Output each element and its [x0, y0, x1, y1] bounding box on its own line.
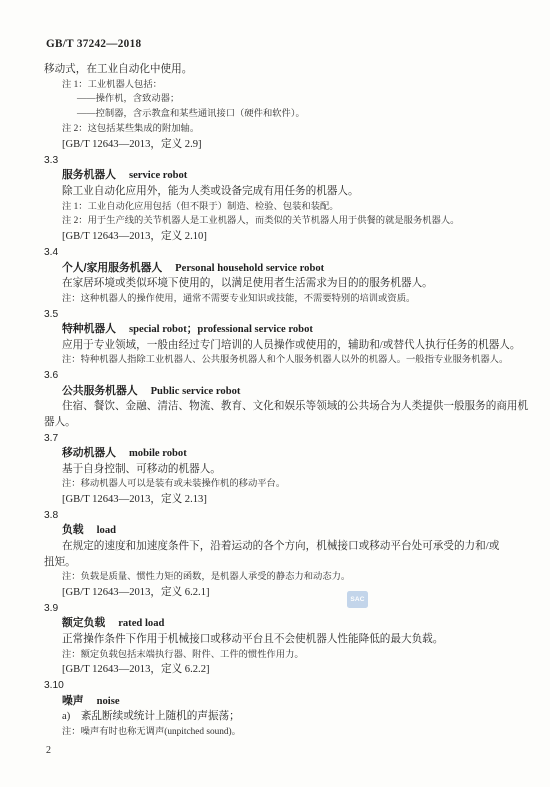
source-reference: [GB/T 12643—2013，定义 2.13] — [44, 492, 522, 508]
sac-watermark: SAC — [347, 591, 368, 608]
definition-line: 应用于专业领域，一般由经过专门培训的人员操作或使用的，辅助和/或替代人执行任务的… — [44, 338, 522, 354]
term-line-3-5: 特种机器人special robot；professional service … — [44, 322, 522, 338]
term-en: load — [97, 525, 116, 536]
definition-line: 基于自身控制、可移动的机器人。 — [44, 462, 522, 478]
term-cn: 噪声 — [62, 695, 84, 707]
source-reference: [GB/T 12643—2013，定义 2.10] — [44, 229, 522, 245]
term-cn: 特种机器人 — [62, 323, 116, 335]
definition-line-wrap: 扭矩。 — [44, 555, 522, 571]
note-line: 注 1：工业自动化应用包括（但不限于）制造、检验、包装和装配。 — [44, 200, 522, 215]
term-cn: 额定负载 — [62, 617, 105, 629]
term-cn: 公共服务机器人 — [62, 385, 138, 397]
term-en: noise — [97, 696, 120, 707]
term-line-3-7: 移动机器人mobile robot — [44, 446, 522, 462]
note-line: 注：移动机器人可以是装有或未装操作机的移动平台。 — [44, 477, 522, 492]
term-line-3-3: 服务机器人service robot — [44, 168, 522, 184]
definition-line: 正常操作条件下作用于机械接口或移动平台且不会使机器人性能降低的最大负载。 — [44, 632, 522, 648]
list-item-a: a) 紊乱断续或统计上随机的声振荡； — [44, 709, 522, 725]
source-reference: [GB/T 12643—2013，定义 2.9] — [44, 137, 522, 153]
term-line-3-9: 额定负载rated load — [44, 616, 522, 632]
section-number-3-10: 3.10 — [44, 678, 522, 694]
page-number: 2 — [46, 745, 51, 756]
term-en: Public service robot — [151, 386, 241, 397]
dash-list-item: ——操作机，含致动器； — [44, 92, 522, 107]
definition-line: 除工业自动化应用外，能为人类或设备完成有用任务的机器人。 — [44, 184, 522, 200]
standard-code: GB/T 37242—2018 — [46, 38, 141, 50]
source-reference: [GB/T 12643—2013，定义 6.2.1] — [44, 585, 522, 601]
note-line: 注：负载是质量、惯性力矩的函数，是机器人承受的静态力和动态力。 — [44, 570, 522, 585]
note-line: 注：特种机器人指除工业机器人、公共服务机器人和个人服务机器人以外的机器人。一般指… — [44, 353, 522, 368]
section-number-3-3: 3.3 — [44, 153, 522, 169]
section-number-3-4: 3.4 — [44, 245, 522, 261]
term-line-3-8: 负载load — [44, 523, 522, 539]
term-cn: 移动机器人 — [62, 447, 116, 459]
term-en: special robot；professional service robot — [129, 324, 313, 335]
term-cn: 服务机器人 — [62, 169, 116, 181]
term-line-3-6: 公共服务机器人Public service robot — [44, 384, 522, 400]
note-line: 注：额定负载包括末端执行器、附件、工件的惯性作用力。 — [44, 648, 522, 663]
definition-line: 住宿、餐饮、金融、清洁、物流、教育、文化和娱乐等领域的公共场合为人类提供一般服务… — [44, 399, 522, 415]
term-cn: 负载 — [62, 524, 84, 536]
section-number-3-6: 3.6 — [44, 368, 522, 384]
dash-list-item: ——控制器，含示教盒和某些通讯接口（硬件和软件）。 — [44, 107, 522, 122]
term-line-3-10: 噪声noise — [44, 694, 522, 710]
note-line: 注 2：这包括某些集成的附加轴。 — [44, 122, 522, 137]
section-number-3-5: 3.5 — [44, 307, 522, 323]
note-line: 注：噪声有时也称无调声(unpitched sound)。 — [44, 725, 522, 740]
continuation-text: 移动式，在工业自动化中使用。 — [44, 62, 522, 78]
note-line: 注 2：用于生产线的关节机器人是工业机器人，而类似的关节机器人用于供餐的就是服务… — [44, 214, 522, 229]
terms-content: 移动式，在工业自动化中使用。 注 1：工业机器人包括： ——操作机，含致动器； … — [44, 62, 522, 740]
definition-line-wrap: 器人。 — [44, 415, 522, 431]
note-line: 注 1：工业机器人包括： — [44, 78, 522, 93]
term-line-3-4: 个人/家用服务机器人Personal household service rob… — [44, 261, 522, 277]
definition-line: 在规定的速度和加速度条件下，沿着运动的各个方向，机械接口或移动平台处可承受的力和… — [44, 539, 522, 555]
section-number-3-8: 3.8 — [44, 508, 522, 524]
term-cn: 个人/家用服务机器人 — [62, 262, 162, 274]
source-reference: [GB/T 12643—2013，定义 6.2.2] — [44, 662, 522, 678]
term-en: rated load — [118, 618, 164, 629]
definition-line: 在家居环境或类似环境下使用的，以满足使用者生活需求为目的的服务机器人。 — [44, 276, 522, 292]
term-en: service robot — [129, 170, 187, 181]
note-line: 注：这种机器人的操作使用，通常不需要专业知识或技能，不需要特别的培训或资质。 — [44, 292, 522, 307]
document-page: GB/T 37242—2018 移动式，在工业自动化中使用。 注 1：工业机器人… — [0, 0, 550, 787]
term-en: mobile robot — [129, 448, 187, 459]
sac-watermark-text: SAC — [350, 596, 364, 603]
section-number-3-7: 3.7 — [44, 431, 522, 447]
section-number-3-9: 3.9 — [44, 601, 522, 617]
term-en: Personal household service robot — [175, 263, 324, 274]
